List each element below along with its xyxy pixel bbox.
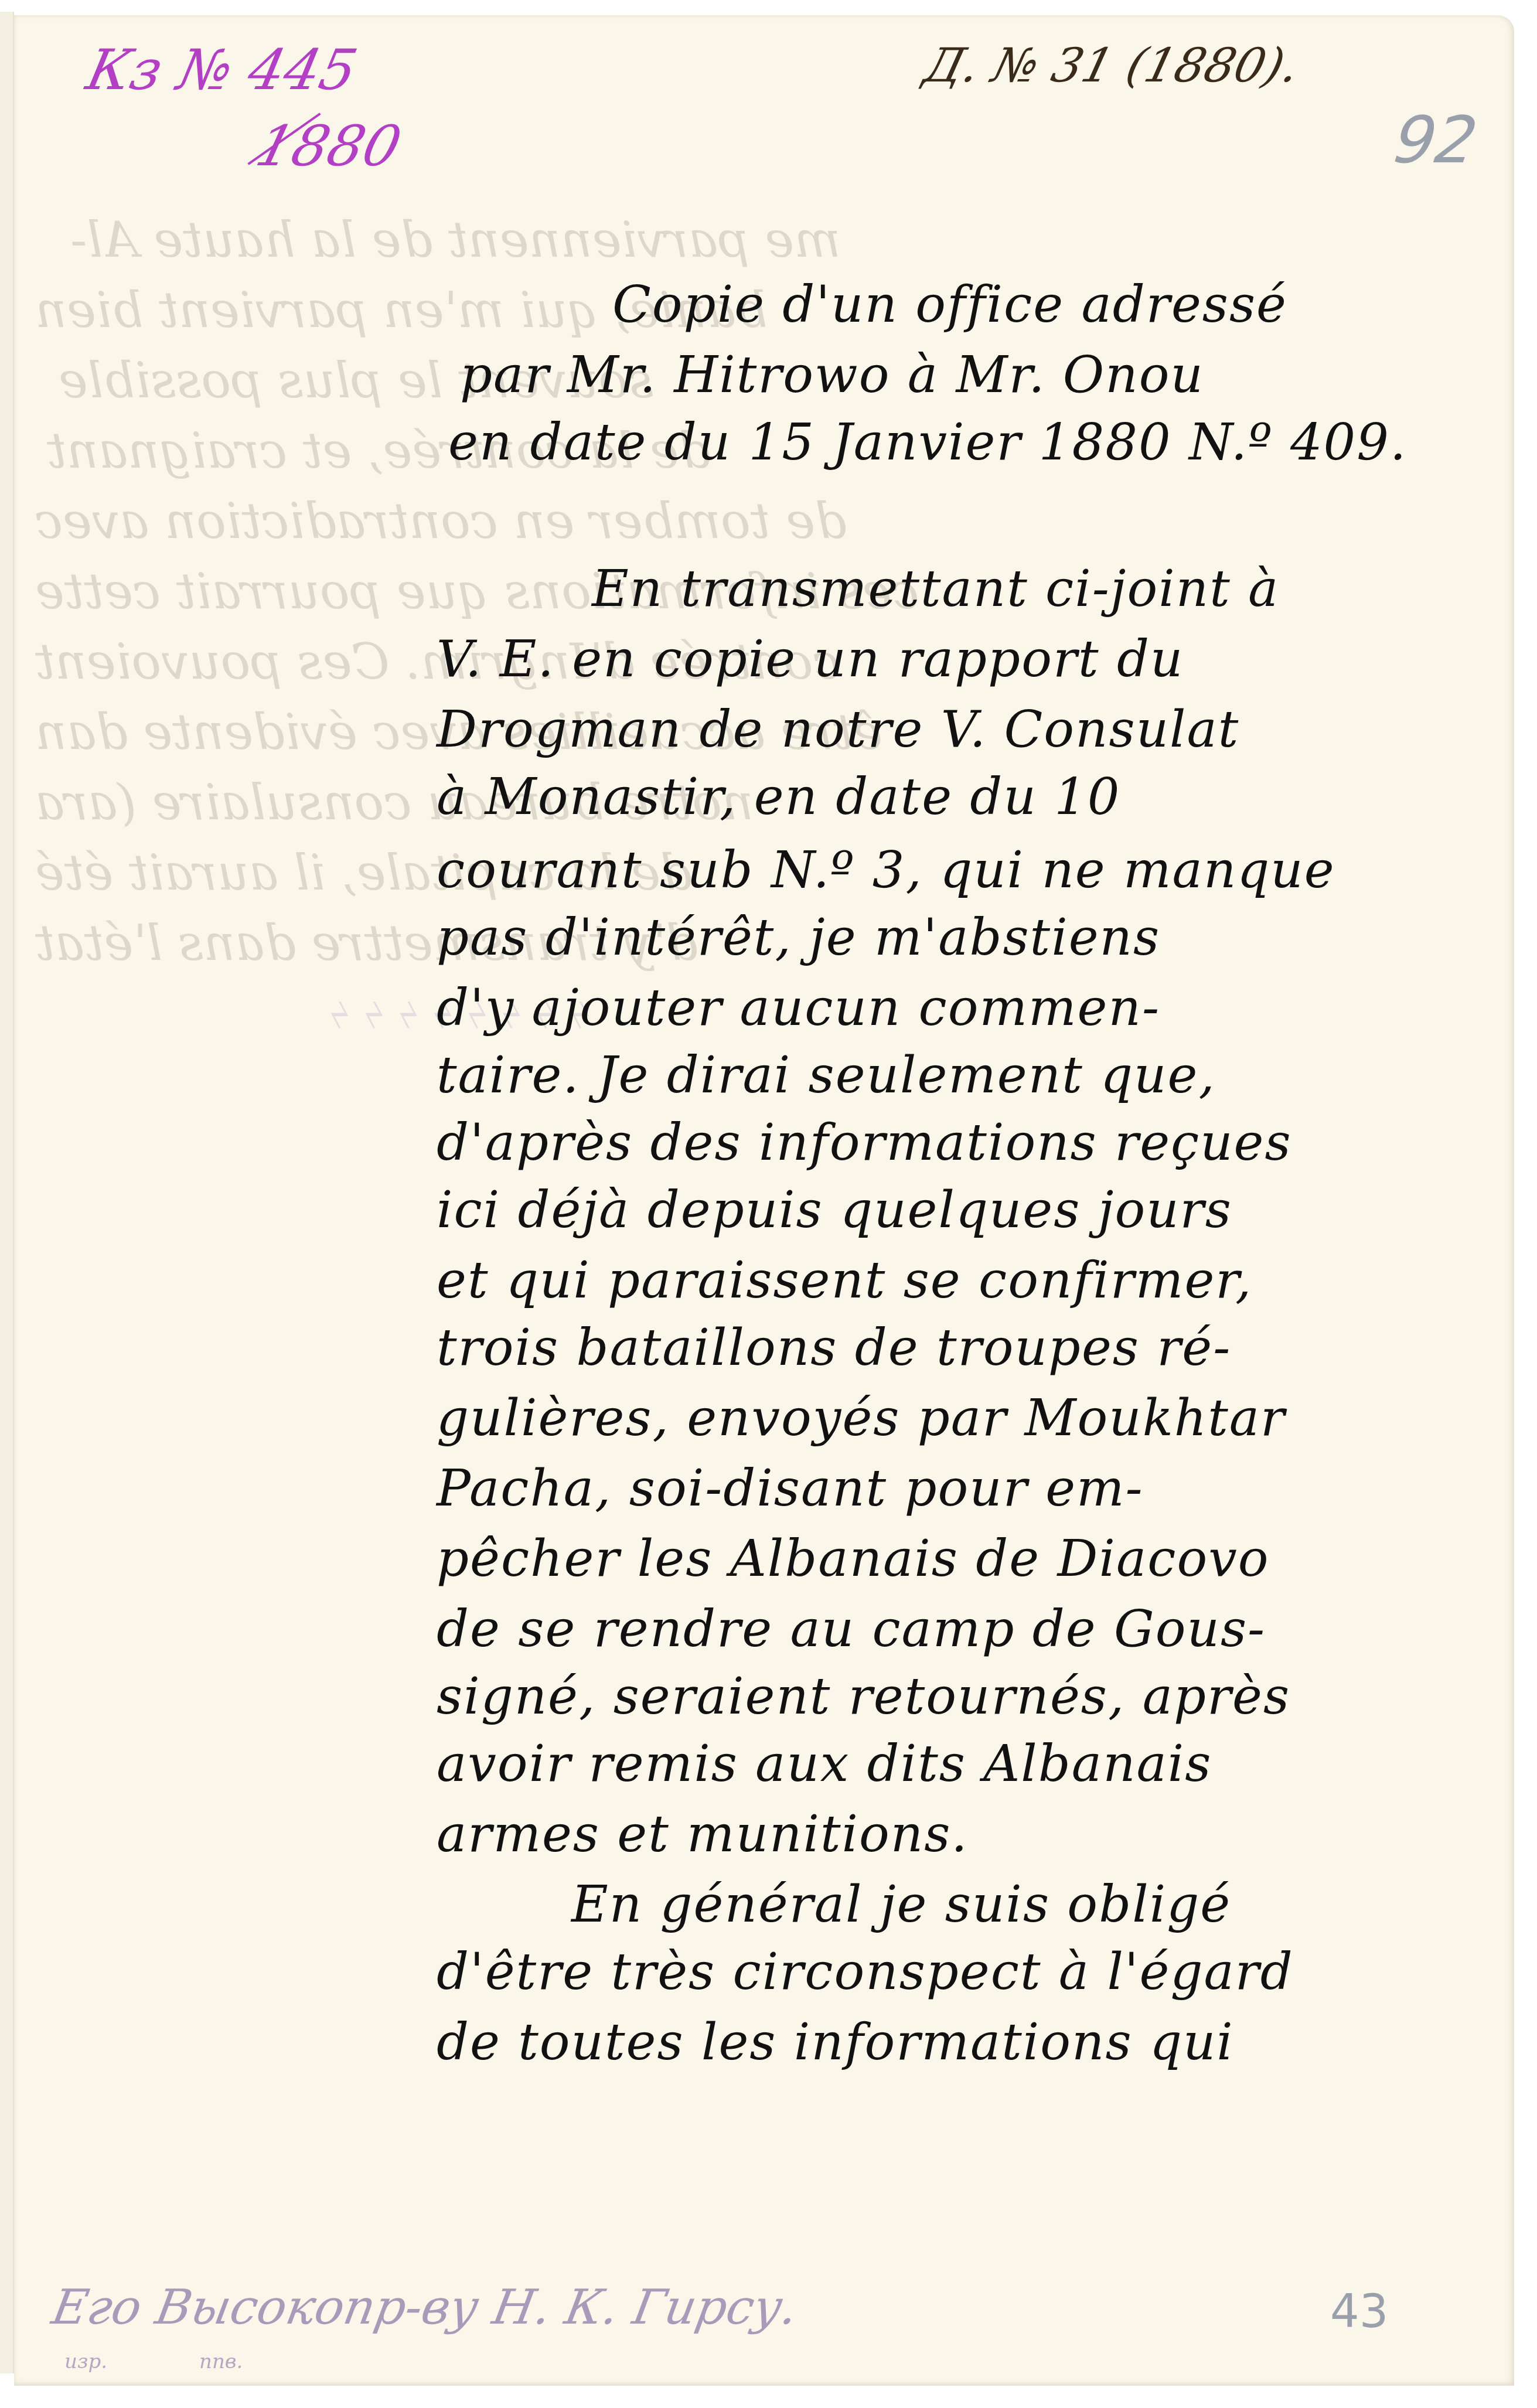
archive-year: 1880: [250, 114, 407, 179]
addressee-subscript: ппв.: [199, 2350, 243, 2373]
body-line: courant sub N.º 3, qui ne manque: [437, 841, 1335, 900]
body-line: d'après des informations reçues: [437, 1113, 1292, 1172]
bleed-line: me parviennent de la haute Al-: [70, 211, 841, 268]
body-line: d'y ajouter aucun commen-: [437, 979, 1160, 1037]
body-line: En général je suis obligé: [571, 1875, 1231, 1934]
body-line: à Monastir, en date du 10: [437, 768, 1121, 826]
body-line: V. E. en copie un rapport du: [437, 630, 1184, 689]
body-line: armes et munitions.: [437, 1805, 969, 1864]
body-line: pêcher les Albanais de Diacovo: [437, 1530, 1270, 1588]
heading-line: en date du 15 Janvier 1880 N.º 409.: [448, 413, 1407, 472]
body-line: Drogman de notre V. Consulat: [437, 700, 1239, 759]
archive-number: Кз № 445: [81, 38, 362, 103]
body-line: de toutes les informations qui: [437, 2013, 1234, 2072]
addressee-annotation: Его Высокопр-ву Н. К. Гирсу.: [48, 2280, 802, 2335]
body-line: de se rendre au camp de Gous-: [437, 1600, 1266, 1658]
body-line: et qui paraissent se confirmer,: [437, 1251, 1252, 1310]
heading-line: Copie d'un office adressé: [612, 275, 1287, 334]
body-line: Pacha, soi-disant pour em-: [437, 1459, 1144, 1518]
binding-stub: [0, 12, 14, 2373]
page-number: 43: [1330, 2286, 1388, 2338]
reference-annotation: Д. № 31 (1880).: [919, 38, 1305, 93]
heading-line: par Mr. Hitrowo à Mr. Onou: [460, 346, 1204, 404]
bleed-line: de tomber en contradiction avec: [35, 492, 847, 550]
body-line: avoir remis aux dits Albanais: [437, 1735, 1212, 1793]
body-line: taire. Je dirai seulement que,: [437, 1046, 1216, 1105]
body-line: d'être très circonspect à l'égard: [437, 1943, 1294, 2001]
body-line: gulières, envoyés par Moukhtar: [437, 1389, 1286, 1447]
body-line: En transmettant ci-joint à: [592, 560, 1279, 618]
body-line: signé, seraient retournés, après: [437, 1667, 1290, 1726]
body-line: pas d'intérêt, je m'abstiens: [437, 908, 1160, 967]
body-line: ici déjà depuis quelques jours: [437, 1181, 1232, 1239]
addressee-subscript: изр.: [64, 2350, 107, 2373]
body-line: trois bataillons de troupes ré-: [437, 1319, 1231, 1377]
